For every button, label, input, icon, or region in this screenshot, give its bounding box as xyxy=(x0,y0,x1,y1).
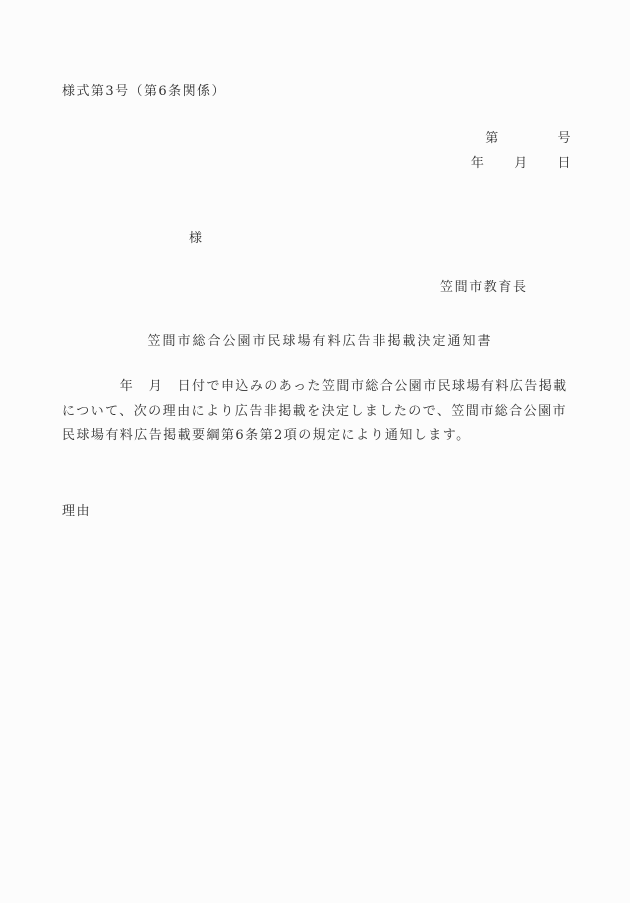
sender-title: 笠間市教育長 xyxy=(440,280,528,296)
addressee-honorific: 様 xyxy=(189,231,203,247)
form-number: 様式第3号（第6条関係） xyxy=(62,84,226,100)
body-paragraph: 年 月 日付で申込みのあった笠間市総合公園市民球場有料広告掲載 について、次の理… xyxy=(62,375,582,449)
document-title: 笠間市総合公園市民球場有料広告非掲載決定通知書 xyxy=(0,330,630,349)
body-line-3: 民球場有料広告掲載要綱第6条第2項の規定により通知します。 xyxy=(62,424,582,449)
reason-label: 理由 xyxy=(62,504,91,520)
body-line-2: について、次の理由により広告非掲載を決定しましたので、笠間市総合公園市 xyxy=(62,400,582,425)
document-page: 様式第3号（第6条関係） 第 号 年 月 日 様 笠間市教育長 笠間市総合公園市… xyxy=(0,0,630,903)
document-number-line: 第 号 xyxy=(485,131,572,147)
body-line-1: 年 月 日付で申込みのあった笠間市総合公園市民球場有料広告掲載 xyxy=(62,375,582,400)
date-line: 年 月 日 xyxy=(471,156,572,172)
